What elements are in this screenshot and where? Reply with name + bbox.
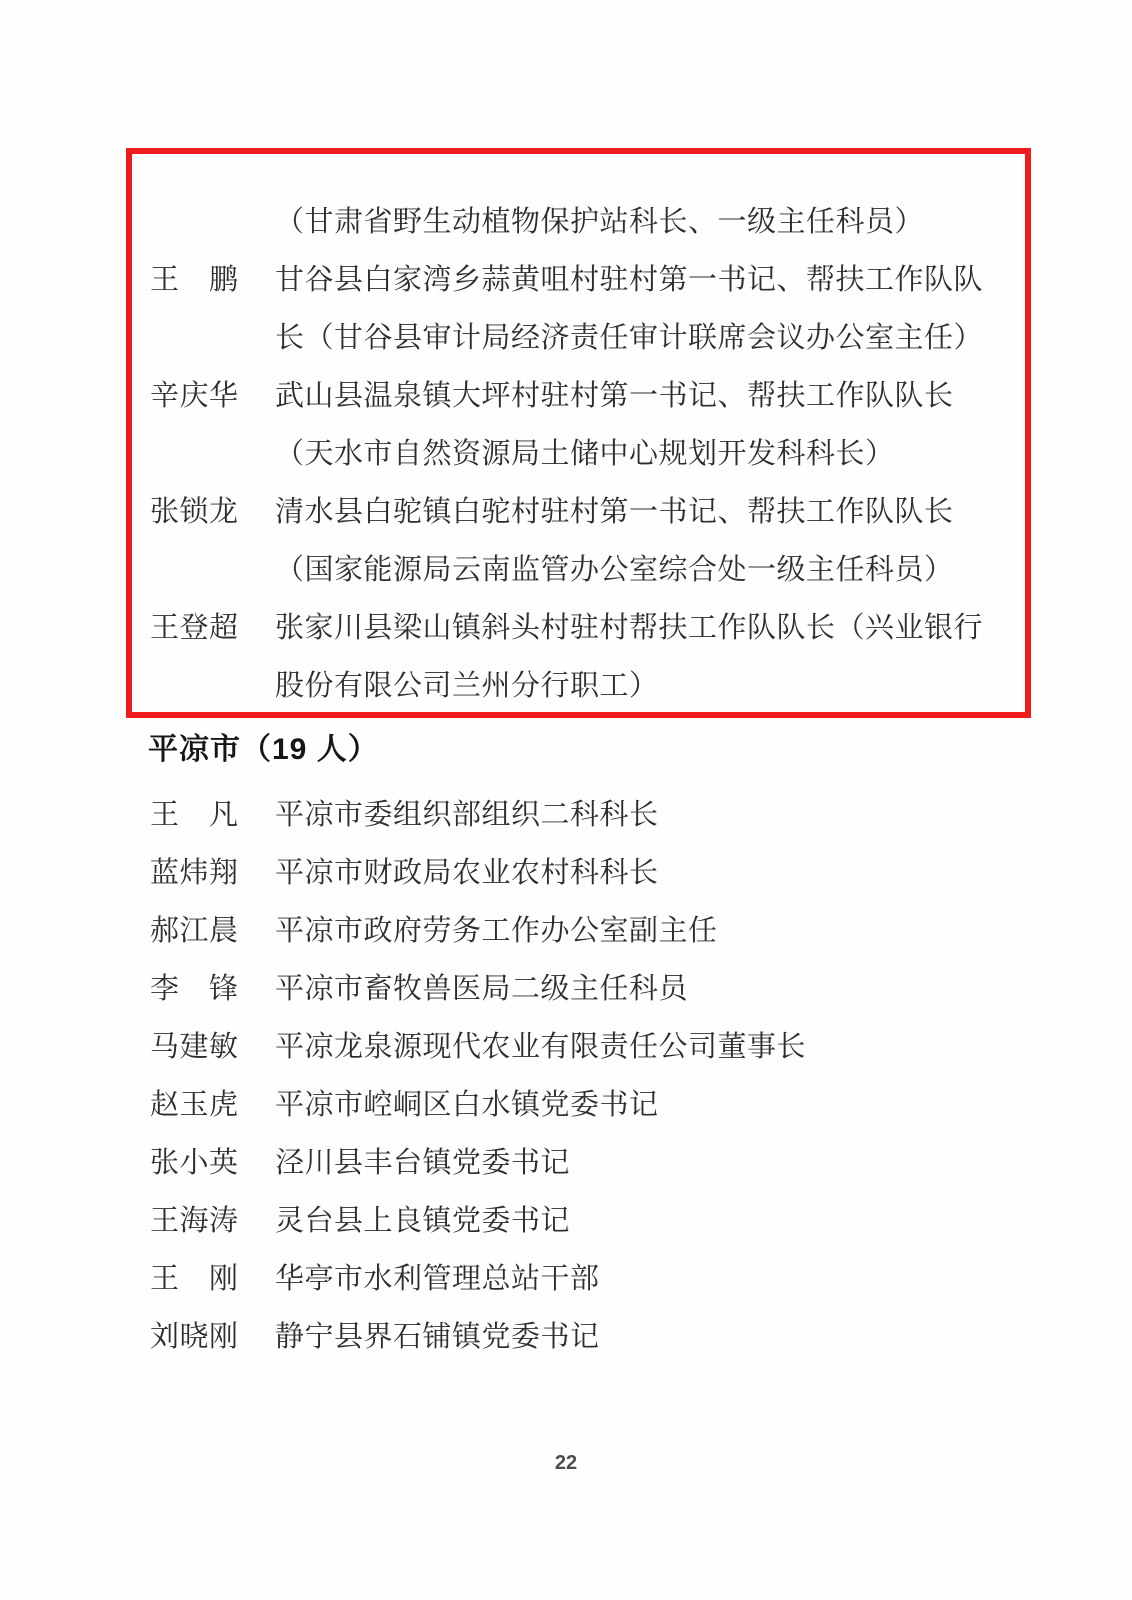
award-entry: 赵玉虎 平凉市崆峒区白水镇党委书记	[0, 1076, 1132, 1134]
person-name: 王 凡	[150, 786, 239, 844]
award-entry: （甘肃省野生动植物保护站科长、一级主任科员）	[0, 193, 1132, 251]
roster-list: 王 凡 平凉市委组织部组织二科科长 蓝炜翔 平凉市财政局农业农村科科长 郝江晨 …	[0, 786, 1132, 1366]
award-entry: 刘晓刚 静宁县界石铺镇党委书记	[0, 1308, 1132, 1366]
section-header: 平凉市（19 人）	[0, 721, 1132, 779]
award-entry: 李 锋 平凉市畜牧兽医局二级主任科员	[0, 960, 1132, 1018]
person-position: 甘谷县白家湾乡蒜黄咀村驻村第一书记、帮扶工作队队 长（甘谷县审计局经济责任审计联…	[275, 264, 983, 354]
person-position: 灵台县上良镇党委书记	[275, 1205, 570, 1237]
award-entry: 张锁龙 清水县白驼镇白驼村驻村第一书记、帮扶工作队队长 （国家能源局云南监管办公…	[0, 483, 1132, 599]
person-position: 平凉龙泉源现代农业有限责任公司董事长	[275, 1031, 806, 1063]
person-position: 平凉市崆峒区白水镇党委书记	[275, 1089, 659, 1121]
person-name: 蓝炜翔	[150, 844, 239, 902]
award-entry: 王登超 张家川县梁山镇斜头村驻村帮扶工作队队长（兴业银行 股份有限公司兰州分行职…	[0, 599, 1132, 715]
award-entry: 张小英 泾川县丰台镇党委书记	[0, 1134, 1132, 1192]
person-position: （甘肃省野生动植物保护站科长、一级主任科员）	[275, 206, 924, 238]
person-position: 静宁县界石铺镇党委书记	[275, 1321, 600, 1353]
award-entry: 蓝炜翔 平凉市财政局农业农村科科长	[0, 844, 1132, 902]
person-name: 刘晓刚	[150, 1308, 239, 1366]
highlighted-entries: （甘肃省野生动植物保护站科长、一级主任科员） 王 鹏 甘谷县白家湾乡蒜黄咀村驻村…	[0, 193, 1132, 715]
person-position: 平凉市财政局农业农村科科长	[275, 857, 659, 889]
award-entry: 王 刚 华亭市水利管理总站干部	[0, 1250, 1132, 1308]
person-name: 王海涛	[150, 1192, 239, 1250]
person-position: 华亭市水利管理总站干部	[275, 1263, 600, 1295]
person-name: 辛庆华	[150, 367, 239, 425]
person-name: 王登超	[150, 599, 239, 657]
person-position: 平凉市畜牧兽医局二级主任科员	[275, 973, 688, 1005]
person-position: 泾川县丰台镇党委书记	[275, 1147, 570, 1179]
award-entry: 王 鹏 甘谷县白家湾乡蒜黄咀村驻村第一书记、帮扶工作队队 长（甘谷县审计局经济责…	[0, 251, 1132, 367]
page-number: 22	[0, 1452, 1132, 1475]
person-name: 郝江晨	[150, 902, 239, 960]
award-entry: 郝江晨 平凉市政府劳务工作办公室副主任	[0, 902, 1132, 960]
person-name: 赵玉虎	[150, 1076, 239, 1134]
award-entry: 王海涛 灵台县上良镇党委书记	[0, 1192, 1132, 1250]
award-entry: 王 凡 平凉市委组织部组织二科科长	[0, 786, 1132, 844]
person-name: 王 鹏	[150, 251, 239, 309]
document-page: （甘肃省野生动植物保护站科长、一级主任科员） 王 鹏 甘谷县白家湾乡蒜黄咀村驻村…	[0, 0, 1132, 1600]
person-position: 平凉市政府劳务工作办公室副主任	[275, 915, 718, 947]
document-content: （甘肃省野生动植物保护站科长、一级主任科员） 王 鹏 甘谷县白家湾乡蒜黄咀村驻村…	[0, 193, 1132, 1366]
person-name: 张小英	[150, 1134, 239, 1192]
award-entry: 辛庆华 武山县温泉镇大坪村驻村第一书记、帮扶工作队队长 （天水市自然资源局土储中…	[0, 367, 1132, 483]
person-name: 王 刚	[150, 1250, 239, 1308]
person-position: 张家川县梁山镇斜头村驻村帮扶工作队队长（兴业银行 股份有限公司兰州分行职工）	[275, 612, 983, 702]
award-entry: 马建敏 平凉龙泉源现代农业有限责任公司董事长	[0, 1018, 1132, 1076]
person-position: 平凉市委组织部组织二科科长	[275, 799, 659, 831]
person-name: 李 锋	[150, 960, 239, 1018]
person-position: 清水县白驼镇白驼村驻村第一书记、帮扶工作队队长 （国家能源局云南监管办公室综合处…	[275, 496, 954, 586]
person-name: 张锁龙	[150, 483, 239, 541]
person-position: 武山县温泉镇大坪村驻村第一书记、帮扶工作队队长 （天水市自然资源局土储中心规划开…	[275, 380, 954, 470]
person-name: 马建敏	[150, 1018, 239, 1076]
